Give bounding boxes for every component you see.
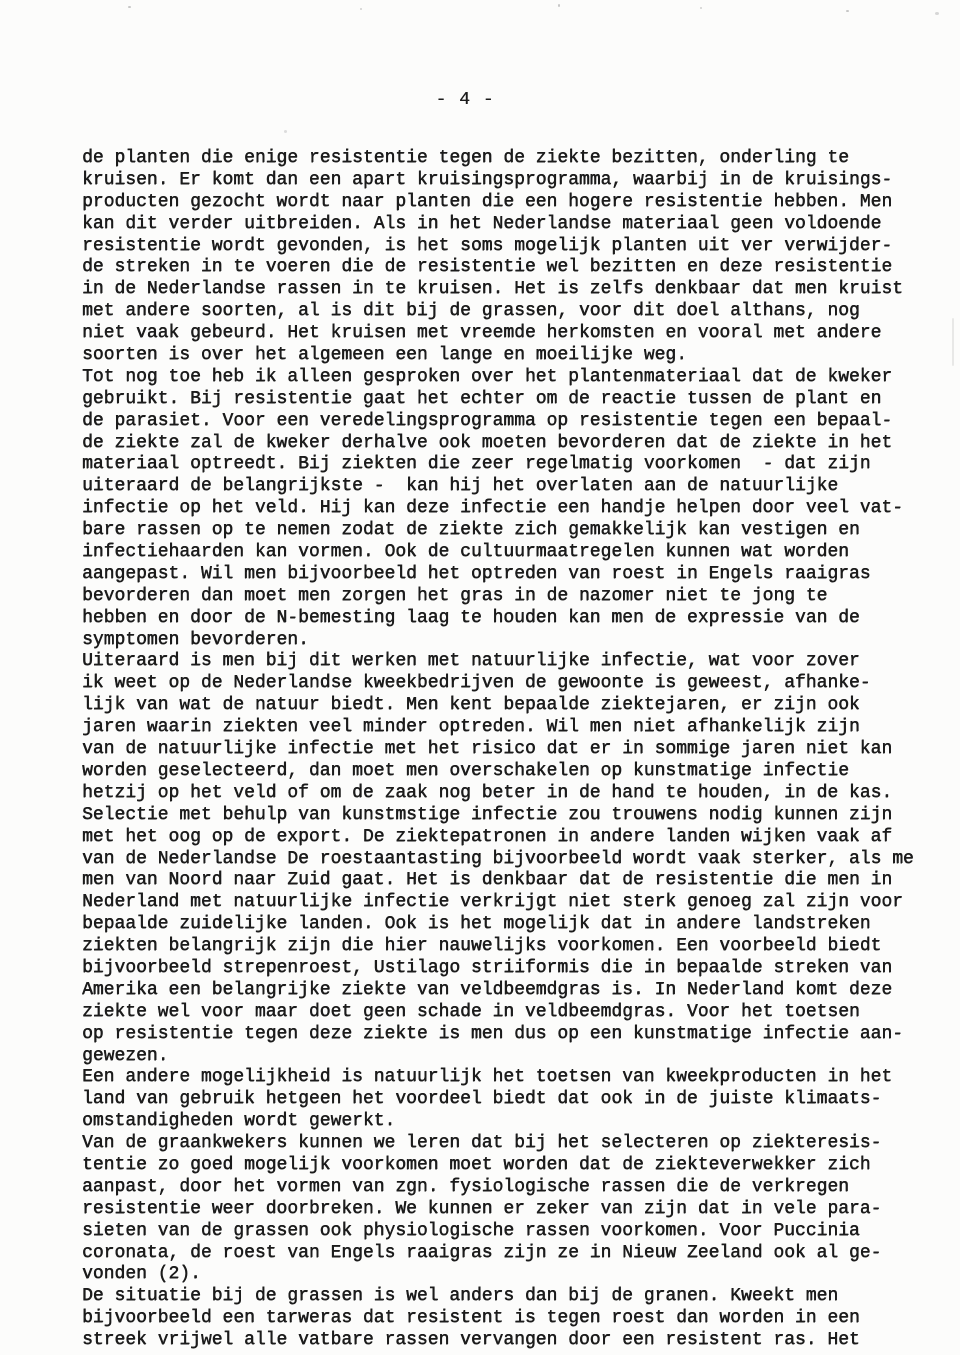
text-line: van de natuurlijke infectie met het risi… bbox=[82, 739, 914, 761]
text-line: Nederland met natuurlijke infectie verkr… bbox=[82, 892, 914, 914]
scan-speck bbox=[935, 12, 939, 15]
text-line: Selectie met behulp van kunstmstige infe… bbox=[82, 805, 914, 827]
document-page: - 4 - de planten die enige resistentie t… bbox=[0, 0, 960, 1355]
text-line: jaren waarin ziekten veel minder optrede… bbox=[82, 717, 914, 739]
text-line: niet vaak gebeurd. Het kruisen met vreem… bbox=[82, 323, 914, 345]
scan-speck bbox=[700, 7, 702, 9]
text-line: Uiteraard is men bij dit werken met natu… bbox=[82, 651, 914, 673]
text-line: met het oog op de export. De ziektepatro… bbox=[82, 827, 914, 849]
text-line: bijvoorbeeld strepenroest, Ustilago stri… bbox=[82, 958, 914, 980]
text-line: resistentie wordt gevonden, is het soms … bbox=[82, 236, 914, 258]
text-line: Van de graankwekers kunnen we leren dat … bbox=[82, 1133, 914, 1155]
text-line: sieten van de grassen ook physiologische… bbox=[82, 1221, 914, 1243]
text-line: op resistentie tegen deze ziekte is men … bbox=[82, 1024, 914, 1046]
text-line: infectie op het veld. Hij kan deze infec… bbox=[82, 498, 914, 520]
text-line: Tot nog toe heb ik alleen gesproken over… bbox=[82, 367, 914, 389]
text-line: van de Nederlandse De roestaantasting bi… bbox=[82, 849, 914, 871]
scan-speck bbox=[128, 6, 131, 8]
text-line: Een andere mogelijkheid is natuurlijk he… bbox=[82, 1067, 914, 1089]
scan-speck bbox=[846, 10, 849, 12]
text-line: aangepast. Wil men bijvoorbeeld het optr… bbox=[82, 564, 914, 586]
text-line: vonden (2). bbox=[82, 1264, 914, 1286]
text-line: kan dit verder uitbreiden. Als in het Ne… bbox=[82, 214, 914, 236]
text-line: in de Nederlandse rassen in te kruisen. … bbox=[82, 279, 914, 301]
text-line: soorten is over het algemeen een lange e… bbox=[82, 345, 914, 367]
text-line: bevorderen dan moet men zorgen het gras … bbox=[82, 586, 914, 608]
text-line: hetzij op het veld of om de zaak nog bet… bbox=[82, 783, 914, 805]
text-line: infectiehaarden kan vormen. Ook de cultu… bbox=[82, 542, 914, 564]
text-line: aanpast, door het vormen van zgn. fysiol… bbox=[82, 1177, 914, 1199]
scan-speck bbox=[284, 130, 287, 133]
text-line: ik weet op de Nederlandse kweekbedrijven… bbox=[82, 673, 914, 695]
text-line: omstandigheden wordt gewerkt. bbox=[82, 1111, 914, 1133]
text-line: lijk van wat de natuur biedt. Men kent b… bbox=[82, 695, 914, 717]
text-line: bijvoorbeeld een tarweras dat resistent … bbox=[82, 1308, 914, 1330]
scan-speck bbox=[558, 4, 560, 7]
text-line: gebruikt. Bij resistentie gaat het echte… bbox=[82, 389, 914, 411]
text-line: men van Noord naar Zuid gaat. Het is den… bbox=[82, 870, 914, 892]
text-line: bepaalde zuidelijke landen. Ook is het m… bbox=[82, 914, 914, 936]
text-line: land van gebruik hetgeen het voordeel bi… bbox=[82, 1089, 914, 1111]
text-line: coronata, de roest van Engels raaigras z… bbox=[82, 1243, 914, 1265]
text-line: streek vrijwel alle vatbare rassen verva… bbox=[82, 1330, 914, 1352]
scan-speck bbox=[360, 8, 362, 10]
text-line: materiaal optreedt. Bij ziekten die zeer… bbox=[82, 454, 914, 476]
text-line: de planten die enige resistentie tegen d… bbox=[82, 148, 914, 170]
text-line: symptomen bevorderen. bbox=[82, 630, 914, 652]
text-line: gewezen. bbox=[82, 1046, 914, 1068]
text-line: de ziekte zal de kweker derhalve ook moe… bbox=[82, 433, 914, 455]
text-line: ziekte wel voor maar doet geen schade in… bbox=[82, 1002, 914, 1024]
text-line: producten gezocht wordt naar planten die… bbox=[82, 192, 914, 214]
text-line: ziekten belangrijk zijn die hier nauweli… bbox=[82, 936, 914, 958]
text-line: uiteraard de belangrijkste - kan hij het… bbox=[82, 476, 914, 498]
body-text: de planten die enige resistentie tegen d… bbox=[82, 148, 914, 1352]
text-line: de streken in te voeren die de resistent… bbox=[82, 257, 914, 279]
text-line: De situatie bij de grassen is wel anders… bbox=[82, 1286, 914, 1308]
text-line: tentie zo goed mogelijk voorkomen moet w… bbox=[82, 1155, 914, 1177]
text-line: hebben en door de N-bemesting laag te ho… bbox=[82, 608, 914, 630]
scan-smudge bbox=[952, 318, 954, 366]
text-line: kruisen. Er komt dan een apart kruisings… bbox=[82, 170, 914, 192]
text-line: met andere soorten, al is dit bij de gra… bbox=[82, 301, 914, 323]
text-line: worden geselecteerd, dan moet men oversc… bbox=[82, 761, 914, 783]
page-number: - 4 - bbox=[0, 90, 930, 110]
text-line: resistentie weer doorbreken. We kunnen e… bbox=[82, 1199, 914, 1221]
text-line: Amerika een belangrijke ziekte van veldb… bbox=[82, 980, 914, 1002]
text-line: bare rassen op te nemen zodat de ziekte … bbox=[82, 520, 914, 542]
text-line: de parasiet. Voor een veredelingsprogram… bbox=[82, 411, 914, 433]
